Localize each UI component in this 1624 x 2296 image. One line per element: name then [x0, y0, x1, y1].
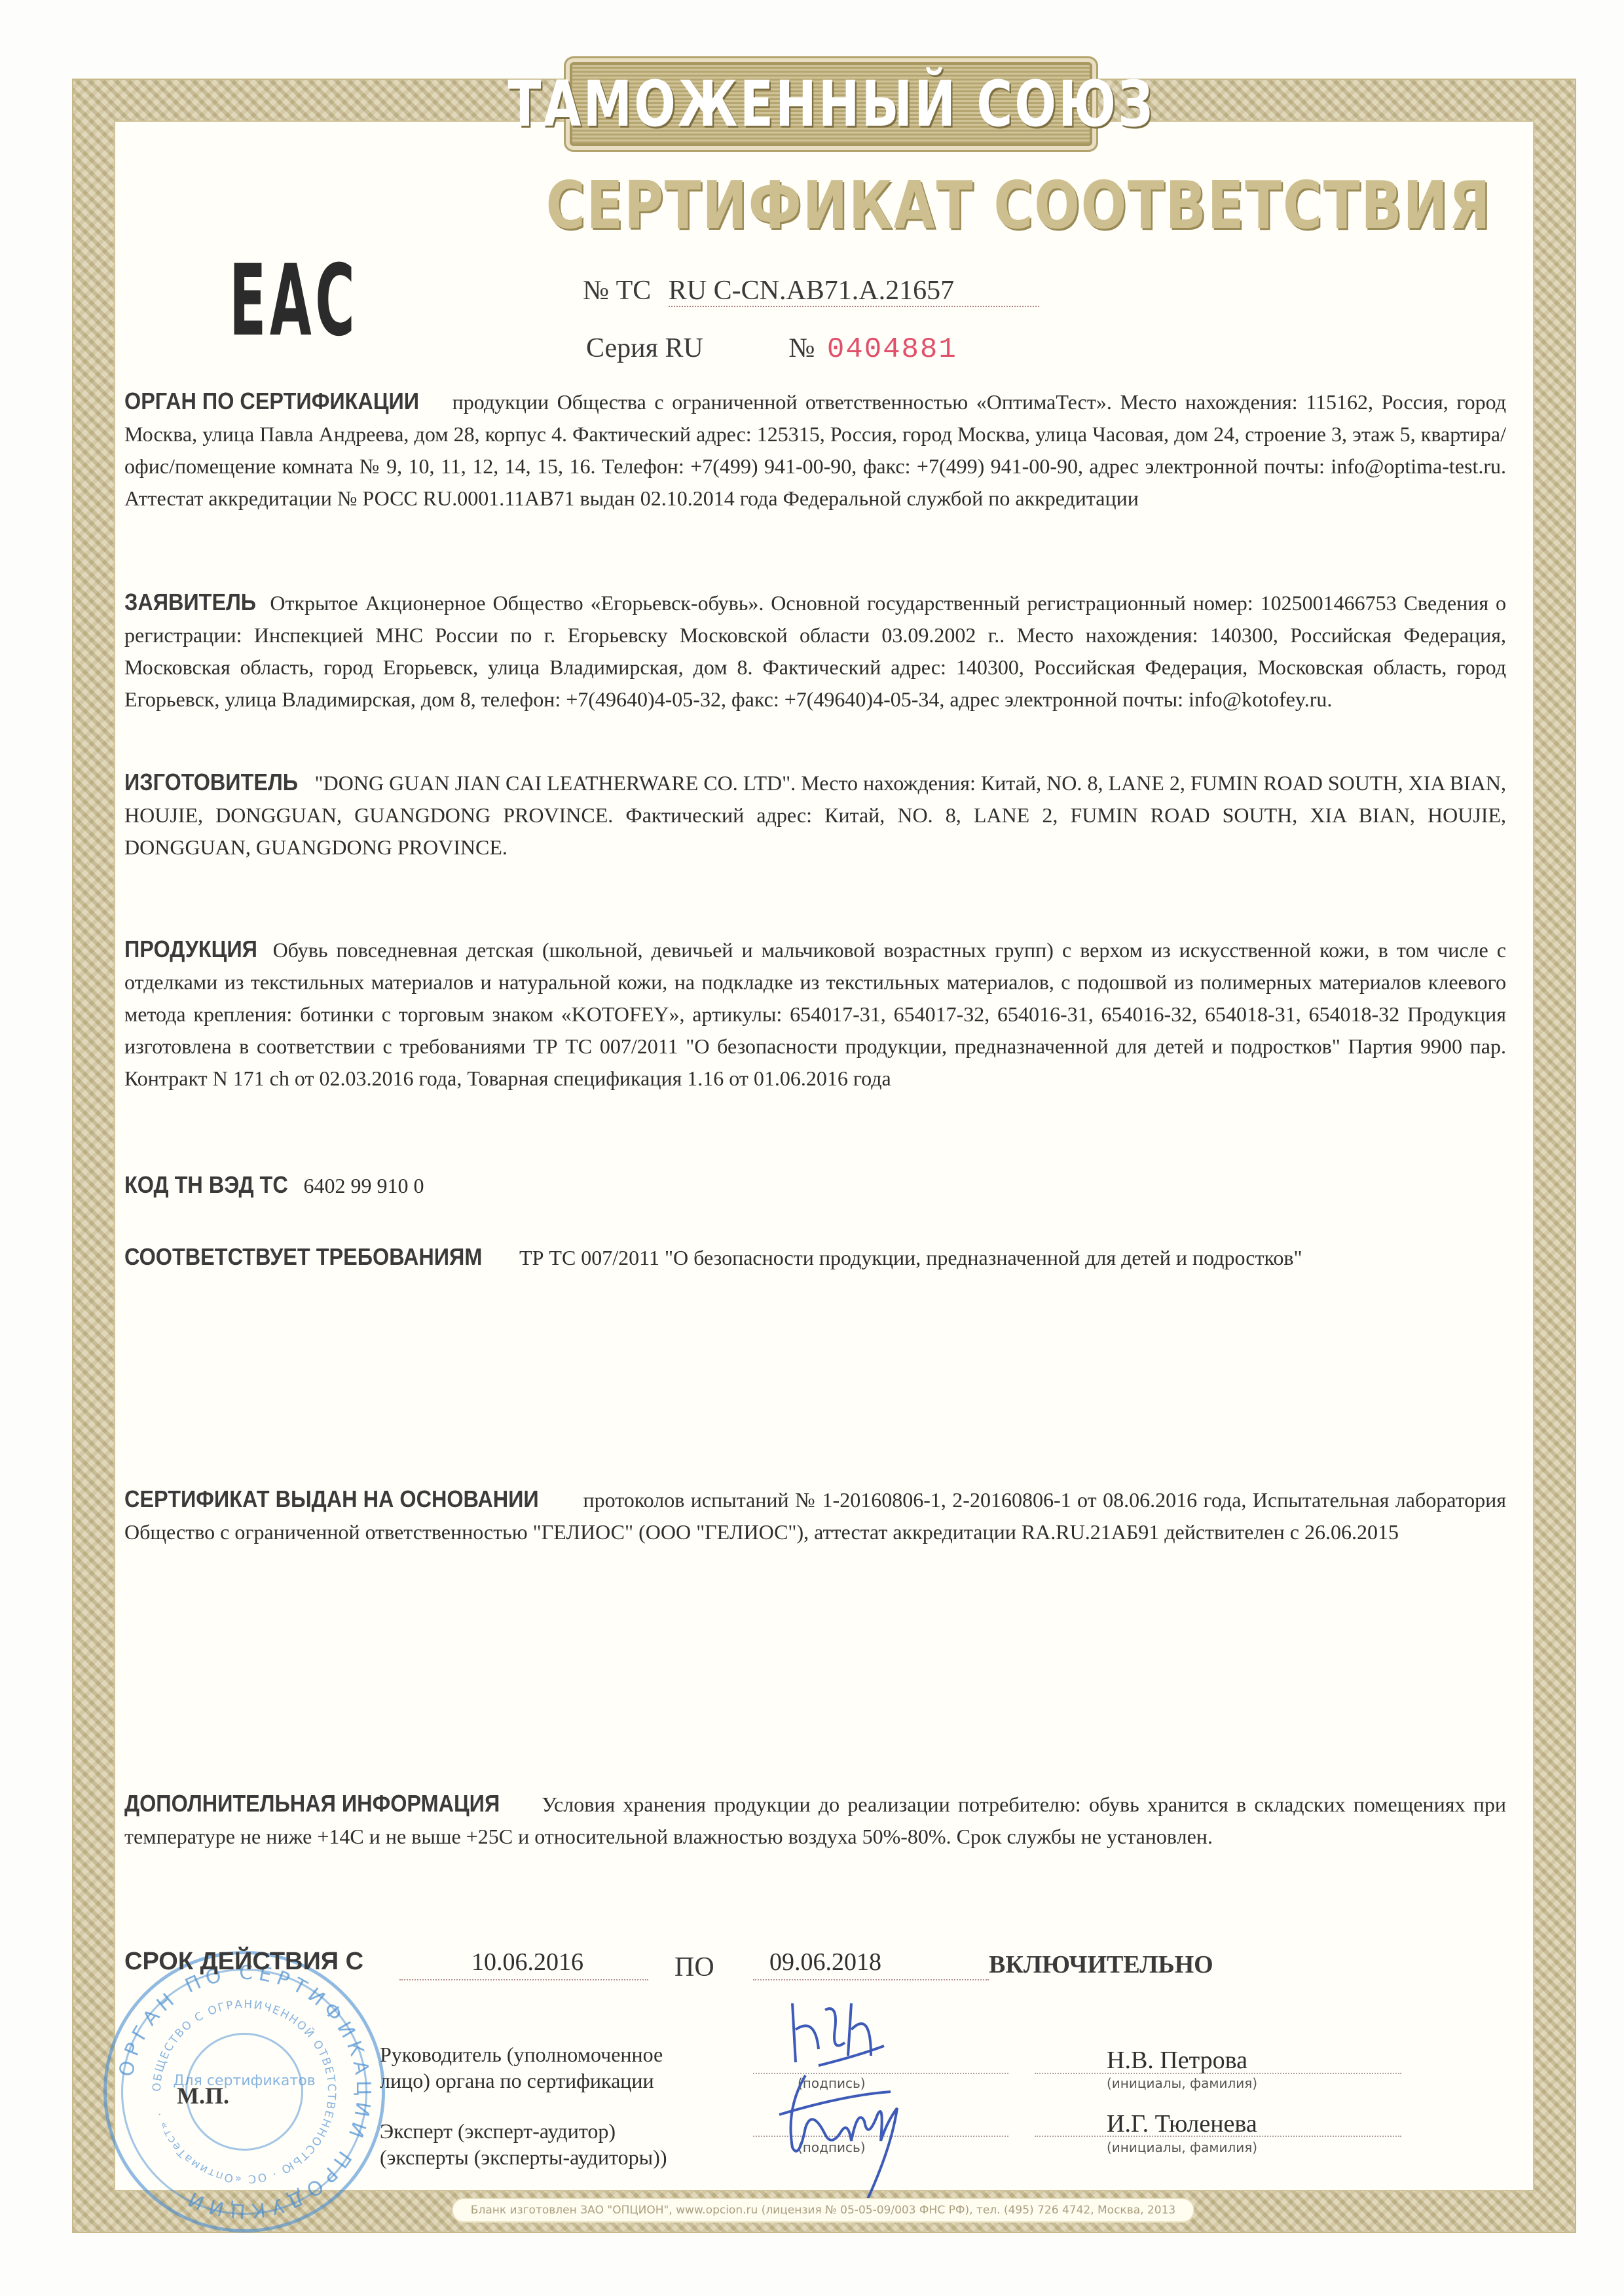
section-certification-body: ОРГАН ПО СЕРТИФИКАЦИИ продукции Общества… — [124, 385, 1506, 515]
head-name: Н.В. Петрова — [1107, 2046, 1247, 2075]
section-heading: ЗАЯВИТЕЛЬ — [124, 586, 256, 618]
section-product: ПРОДУКЦИЯ Обувь повседневная детская (шк… — [124, 933, 1506, 1095]
seal-stamp: ОРГАН ПО СЕРТИФИКАЦИИ ПРОДУКЦИИ ОБЩЕСТВО… — [103, 1951, 385, 2232]
head-role: Руководитель (уполномоченное лицо) орган… — [380, 2041, 663, 2094]
expert-role-line1: Эксперт (эксперт-аудитор) — [380, 2118, 667, 2144]
section-manufacturer: ИЗГОТОВИТЕЛЬ "DONG GUAN JIAN CAI LEATHER… — [124, 766, 1506, 864]
banner-text: ТАМОЖЕННЫЙ СОЮЗ — [507, 67, 1154, 141]
validity-to-date: 09.06.2018 — [769, 1948, 881, 1977]
section-applicant: ЗАЯВИТЕЛЬ Открытое Акционерное Общество … — [124, 586, 1506, 716]
stamp-ring-text: ОРГАН ПО СЕРТИФИКАЦИИ ПРОДУКЦИИ ОБЩЕСТВО… — [107, 1954, 382, 2229]
section-heading: ДОПОЛНИТЕЛЬНАЯ ИНФОРМАЦИЯ — [124, 1787, 500, 1819]
expert-name-hint: (инициалы, фамилия) — [1107, 2140, 1257, 2155]
expert-role-line2: (эксперты (эксперты-аудиторы)) — [380, 2144, 667, 2170]
eac-mark-icon: ЕАС — [229, 252, 358, 350]
seal-label: М.П. — [177, 2082, 229, 2109]
series-label: Серия — [586, 333, 658, 363]
section-heading: СООТВЕТСТВУЕТ ТРЕБОВАНИЯМ — [124, 1241, 482, 1273]
customs-union-banner: ТАМОЖЕННЫЙ СОЮЗ — [570, 62, 1092, 146]
section-heading: ОРГАН ПО СЕРТИФИКАЦИИ — [124, 385, 419, 417]
section-heading: ИЗГОТОВИТЕЛЬ — [124, 766, 298, 798]
certificate-title: СЕРТИФИКАТ СООТВЕТСТВИЯ — [546, 167, 1105, 244]
head-name-line — [1035, 2073, 1401, 2074]
blank-imprint: Бланк изготовлен ЗАО "ОПЦИОН", www.opcio… — [452, 2198, 1194, 2223]
expert-name: И.Г. Тюленева — [1107, 2109, 1257, 2138]
section-heading: СЕРТИФИКАТ ВЫДАН НА ОСНОВАНИИ — [124, 1483, 539, 1515]
blank-number-label: № — [788, 333, 815, 363]
expert-name-line — [1035, 2136, 1401, 2137]
head-signature-icon — [779, 1990, 910, 2082]
blank-number: 0404881 — [827, 333, 957, 366]
validity-from-label: СРОК ДЕЙСТВИЯ С — [124, 1948, 363, 1976]
section-text: ТР ТС 007/2011 "О безопасности продукции… — [519, 1246, 1302, 1269]
certificate-number-label: № ТС — [583, 276, 651, 306]
date-to-line — [753, 1979, 989, 1980]
section-hs-code: КОД ТН ВЭД ТС 6402 99 910 0 — [124, 1169, 1506, 1202]
section-text: 6402 99 910 0 — [304, 1174, 424, 1197]
section-conforms: СООТВЕТСТВУЕТ ТРЕБОВАНИЯМ ТР ТС 007/2011… — [124, 1241, 1506, 1274]
validity-period: СРОК ДЕЙСТВИЯ С 10.06.2016 ПО 09.06.2018… — [124, 1948, 1532, 1987]
section-text: Открытое Акционерное Общество «Егорьевск… — [124, 591, 1506, 711]
expert-role: Эксперт (эксперт-аудитор) (эксперты (экс… — [380, 2118, 667, 2170]
certificate-number: № ТС RU C-CN.AB71.A.21657 — [583, 275, 1039, 306]
validity-to-label: ПО — [674, 1952, 714, 1983]
head-name-hint: (инициалы, фамилия) — [1107, 2075, 1257, 2091]
section-heading: КОД ТН ВЭД ТС — [124, 1169, 288, 1201]
section-additional-info: ДОПОЛНИТЕЛЬНАЯ ИНФОРМАЦИЯ Условия хранен… — [124, 1787, 1506, 1853]
section-text: "DONG GUAN JIAN CAI LEATHERWARE CO. LTD"… — [124, 771, 1506, 859]
series-value: RU — [665, 333, 703, 363]
head-role-line1: Руководитель (уполномоченное — [380, 2041, 663, 2068]
section-heading: ПРОДУКЦИЯ — [124, 933, 257, 965]
validity-inclusive: ВКЛЮЧИТЕЛЬНО — [989, 1950, 1213, 1979]
section-basis: СЕРТИФИКАТ ВЫДАН НА ОСНОВАНИИ протоколов… — [124, 1483, 1506, 1548]
validity-from-date: 10.06.2016 — [471, 1948, 583, 1977]
head-role-line2: лицо) органа по сертификации — [380, 2068, 663, 2094]
date-from-line — [399, 1979, 648, 1980]
certificate-number-value: RU C-CN.AB71.A.21657 — [669, 276, 1039, 307]
series-line: Серия RU № 0404881 — [586, 333, 957, 366]
section-text: Обувь повседневная детская (школьной, де… — [124, 938, 1506, 1090]
